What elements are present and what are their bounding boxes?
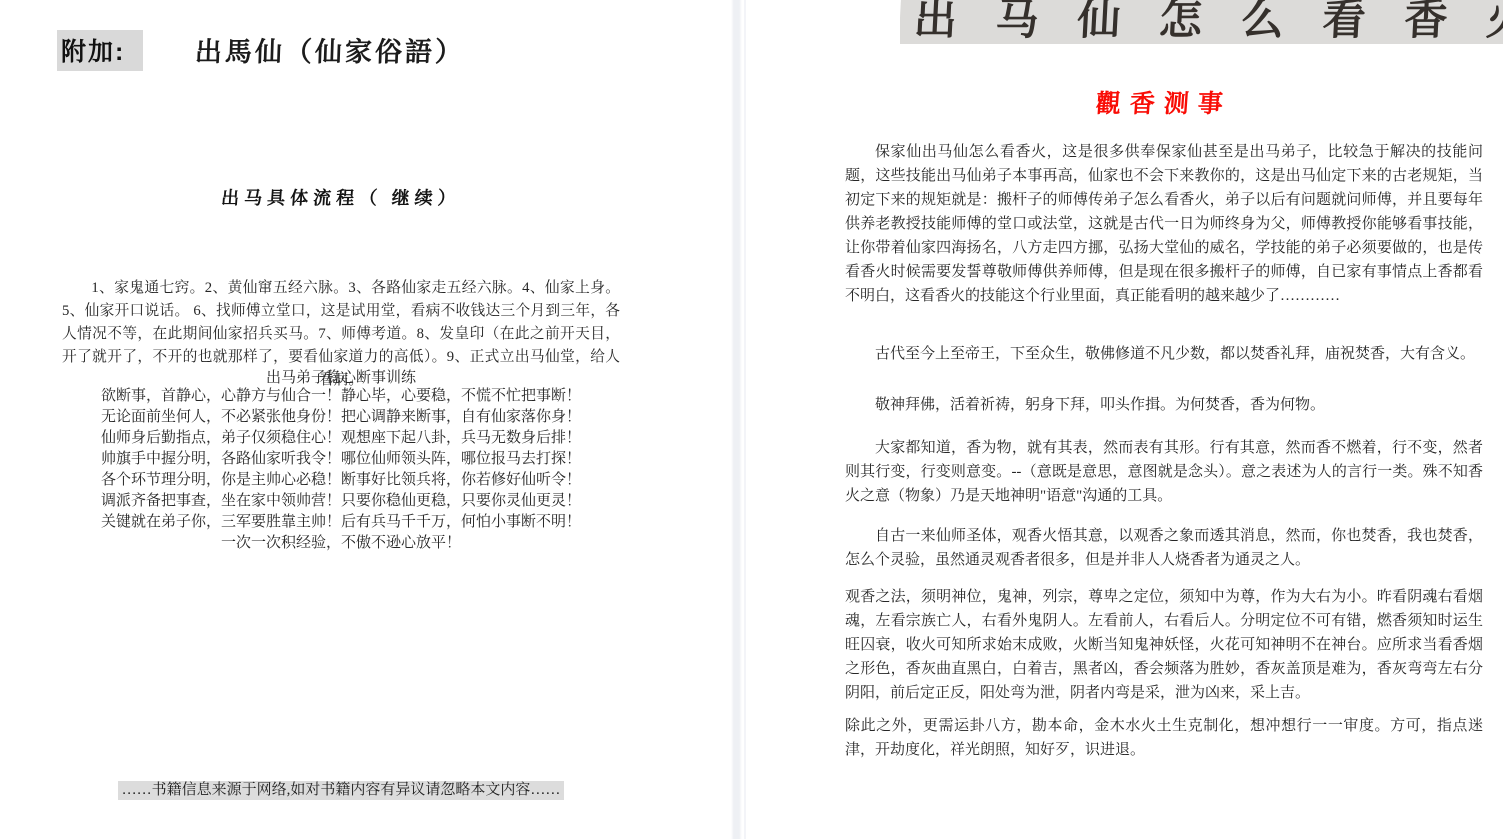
paragraph-1: 保家仙出马仙怎么看香火，这是很多供奉保家仙甚至是出马弟子，比较急于解决的技能问题…: [845, 140, 1483, 308]
paragraph-6: 观香之法，须明神位，鬼神，列宗，尊卑之定位，须知中为尊，作为大右为小。昨看阴魂右…: [845, 585, 1483, 705]
paragraph-7: 除此之外，更需运卦八方，勘本命，金木水火土生克制化，想冲想行一一审度。方可，指点…: [845, 714, 1483, 762]
right-page-title: 出 马 仙 怎 么 看 香 火: [900, 0, 1503, 44]
footer-row: ……书籍信息来源于网络,如对书籍内容有异议请忽略本文内容……: [62, 778, 620, 799]
verse-line: 欲断事，首静心，心静方与仙合一！静心毕，心要稳，不慌不忙把事断！: [62, 386, 620, 407]
appendix-label: 附加:: [57, 30, 143, 71]
right-title-wrap: 出 马 仙 怎 么 看 香 火: [900, 0, 1503, 44]
verse-line: 仙师身后勤指点，弟子仅须稳住心！观想座下起八卦，兵马无数身后排！: [62, 428, 620, 449]
left-page-title: 出馬仙（仙家俗語）: [195, 30, 466, 69]
page-divider: [731, 0, 742, 839]
disclaimer-text: ……书籍信息来源于网络,如对书籍内容有异议请忽略本文内容……: [118, 781, 565, 800]
page-right: 出 马 仙 怎 么 看 香 火 觀香测事 保家仙出马仙怎么看香火，这是很多供奉保…: [742, 0, 1503, 839]
paragraph-4: 大家都知道，香为物，就有其表，然而表有其形。行有其意，然而香不燃着，行不变，然者…: [845, 436, 1483, 508]
paragraph-5: 自古一来仙师圣体，观香火悟其意，以观香之象而透其消息，然而，你也焚香，我也焚香，…: [845, 524, 1483, 572]
paragraph-3: 敬神拜佛，活着祈祷，躬身下拜，叩头作揖。为何焚香，香为何物。: [845, 393, 1483, 417]
verse-line: 无论面前坐何人，不必紧张他身份！把心调静来断事，自有仙家落你身！: [62, 407, 620, 428]
verse-line: 关键就在弟子你，三军要胜靠主帅！后有兵马千千万，何怕小事断不明！: [62, 512, 620, 533]
verse-line: 调派齐备把事查，坐在家中领帅营！只要你稳仙更稳，只要你灵仙更灵！: [62, 491, 620, 512]
verse-line: 各个环节理分明，你是主帅心必稳！断事好比领兵将，你若修好仙听令！: [62, 470, 620, 491]
paragraph-2: 古代至今上至帝王，下至众生，敬佛修道不凡少数，都以焚香礼拜，庙祝焚香，大有含义。: [845, 342, 1483, 366]
document-viewer: 附加: 出馬仙（仙家俗語） 出马具体流程（ 继续） 1、家鬼通七窍。2、黄仙窜五…: [0, 0, 1503, 839]
red-subtitle: 觀香测事: [844, 84, 1485, 120]
verse-line: 帅旗手中握分明，各路仙家听我令！哪位仙师领头阵，哪位报马去打探！: [62, 449, 620, 470]
left-header-row: 附加: 出馬仙（仙家俗語）: [57, 30, 465, 71]
training-title: 出马弟子稳心断事训练: [62, 366, 620, 387]
page-left: 附加: 出馬仙（仙家俗語） 出马具体流程（ 继续） 1、家鬼通七窍。2、黄仙窜五…: [0, 0, 731, 839]
verse-line: 一次一次积经验，不傲不逊心放平！: [62, 533, 620, 554]
section-title: 出马具体流程（ 继续）: [61, 184, 621, 210]
verse-block: 欲断事，首静心，心静方与仙合一！静心毕，心要稳，不慌不忙把事断！ 无论面前坐何人…: [62, 386, 620, 554]
right-content: 保家仙出马仙怎么看香火，这是很多供奉保家仙甚至是出马弟子，比较急于解决的技能问题…: [845, 140, 1483, 762]
